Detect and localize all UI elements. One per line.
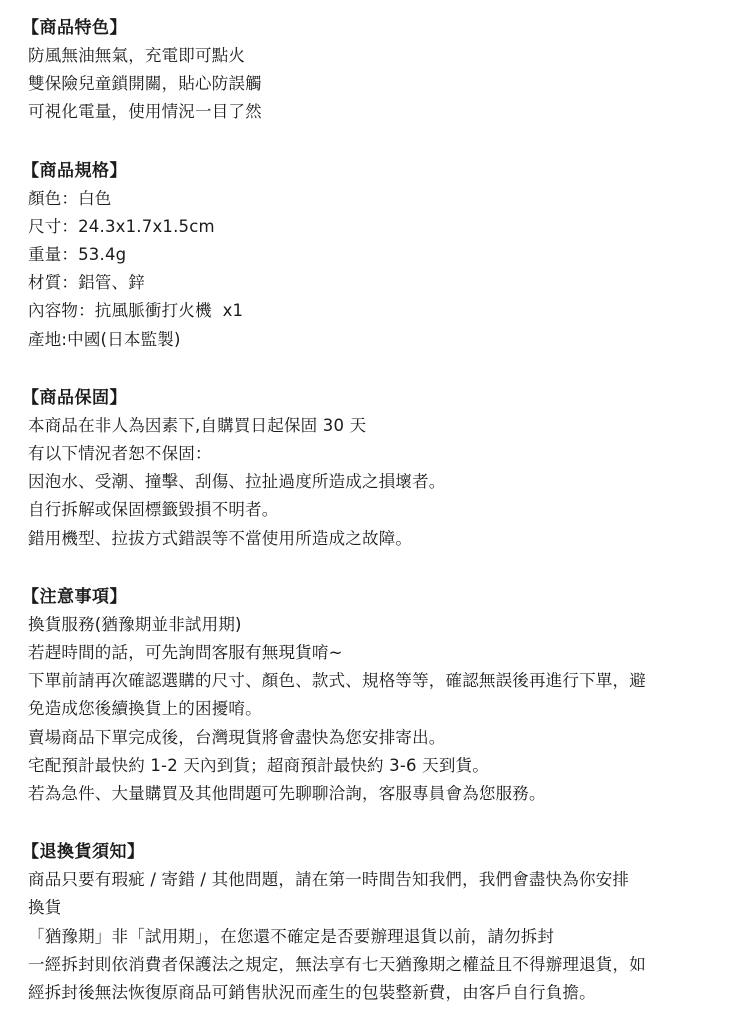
feature-line: 防風無油無氣，充電即可點火	[28, 42, 750, 70]
warranty-line: 有以下情況者恕不保固：	[28, 440, 750, 468]
returns-line: 商品只要有瑕疵 / 寄錯 / 其他問題，請在第一時間告知我們，我們會盡快為你安排	[28, 866, 750, 894]
spec-material: 材質：鋁管、鋅	[28, 269, 750, 297]
note-line: 宅配預計最快約 1-2 天內到貨；超商預計最快約 3-6 天到貨。	[28, 752, 750, 780]
feature-line: 雙保險兒童鎖開關，貼心防誤觸	[28, 70, 750, 98]
spec-color: 顏色：白色	[28, 185, 750, 213]
note-line: 賣場商品下單完成後，台灣現貨將會盡快為您安排寄出。	[28, 724, 750, 752]
returns-line: 經拆封後無法恢復原商品可銷售狀況而產生的包裝整新費，由客戶自行負擔。	[28, 979, 750, 1007]
note-line: 若為急件、大量購買及其他問題可先聊聊洽詢，客服專員會為您服務。	[28, 780, 750, 808]
section-heading: 【注意事項】	[22, 583, 750, 611]
warranty-line: 本商品在非人為因素下,自購買日起保固 30 天	[28, 412, 750, 440]
section-heading: 【退換貨須知】	[22, 838, 750, 866]
spec-weight: 重量：53.4g	[28, 241, 750, 269]
section-features: 【商品特色】 防風無油無氣，充電即可點火 雙保險兒童鎖開關，貼心防誤觸 可視化電…	[28, 14, 750, 127]
section-specifications: 【商品規格】 顏色：白色 尺寸：24.3x1.7x1.5cm 重量：53.4g …	[28, 157, 750, 354]
section-heading: 【商品規格】	[22, 157, 750, 185]
spec-origin: 產地:中國(日本監製)	[28, 326, 750, 354]
section-notes: 【注意事項】 換貨服務(猶豫期並非試用期) 若趕時間的話，可先詢問客服有無現貨唷…	[28, 583, 750, 808]
spec-contents: 內容物：抗風脈衝打火機 x1	[28, 297, 750, 325]
note-line: 若趕時間的話，可先詢問客服有無現貨唷~	[28, 639, 750, 667]
section-heading: 【商品保固】	[22, 384, 750, 412]
returns-line: 「猶豫期」非「試用期」，在您還不確定是否要辦理退貨以前，請勿拆封	[28, 923, 750, 951]
section-heading: 【商品特色】	[22, 14, 750, 42]
note-line: 下單前請再次確認選購的尺寸、顏色、款式、規格等等，確認無誤後再進行下單，避	[28, 667, 750, 695]
returns-line: 換貨	[28, 894, 750, 922]
spec-size: 尺寸：24.3x1.7x1.5cm	[28, 213, 750, 241]
note-line: 免造成您後續換貨上的困擾唷。	[28, 695, 750, 723]
warranty-line: 因泡水、受潮、撞擊、刮傷、拉扯過度所造成之損壞者。	[28, 468, 750, 496]
warranty-line: 自行拆解或保固標籤毀損不明者。	[28, 496, 750, 524]
product-description: 【商品特色】 防風無油無氣，充電即可點火 雙保險兒童鎖開關，貼心防誤觸 可視化電…	[0, 0, 750, 1007]
section-returns: 【退換貨須知】 商品只要有瑕疵 / 寄錯 / 其他問題，請在第一時間告知我們，我…	[28, 838, 750, 1007]
warranty-line: 錯用機型、拉拔方式錯誤等不當使用所造成之故障。	[28, 525, 750, 553]
feature-line: 可視化電量，使用情況一目了然	[28, 98, 750, 126]
note-line: 換貨服務(猶豫期並非試用期)	[28, 611, 750, 639]
returns-line: 一經拆封則依消費者保護法之規定，無法享有七天猶豫期之權益且不得辦理退貨，如	[28, 951, 750, 979]
section-warranty: 【商品保固】 本商品在非人為因素下,自購買日起保固 30 天 有以下情況者恕不保…	[28, 384, 750, 553]
